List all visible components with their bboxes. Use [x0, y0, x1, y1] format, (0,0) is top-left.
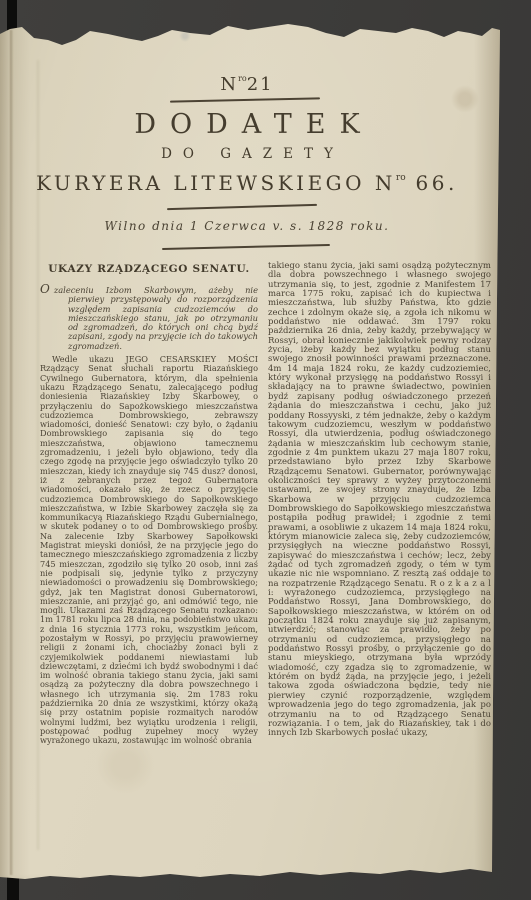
masthead-title: DODATEK [0, 109, 494, 140]
scan-stage: Nro21 DODATEK DO GAZETY KURYERA LITEWSKI… [0, 0, 531, 900]
article-summary: Ozaleceniu Izbom Skarbowym, ażeby nie pi… [40, 285, 258, 351]
column-left: UKAZY RZĄDZĄCEGO SENATU. Ozaleceniu Izbo… [40, 263, 258, 746]
dateline: Wilno dnia 1 Czerwca v. s. 1828 roku. [0, 219, 494, 233]
article-heading: UKAZY RZĄDZĄCEGO SENATU. [40, 263, 258, 275]
issue-number-line: Nro21 [0, 74, 494, 95]
masthead-rule-bottom [162, 244, 330, 250]
summary-initial: O [40, 282, 54, 296]
gazette-name: KURYERA LITEWSKIEGO [36, 171, 375, 195]
issue-n: N [220, 74, 238, 95]
issue-superscript: ro [238, 74, 247, 83]
article-body-right: takiego stanu życia, jaki sami osądzą po… [268, 262, 491, 739]
gazette-number: 66. [406, 171, 458, 195]
masthead-rule-top [170, 97, 320, 102]
newspaper-page: Nro21 DODATEK DO GAZETY KURYERA LITEWSKI… [0, 0, 500, 900]
article-body-left: Wedle ukazu JEGO CESARSKIEY MOŚCI Rządzą… [40, 355, 258, 745]
gazette-n: N [375, 171, 396, 195]
issue-number: 21 [247, 74, 274, 95]
masthead-subtitle: DO GAZETY [0, 146, 494, 162]
gazette-superscript: ro [396, 173, 406, 183]
masthead-gazette-line: KURYERA LITEWSKIEGO Nro 66. [0, 171, 494, 195]
masthead-rule-middle [167, 204, 317, 210]
summary-text: zaleceniu Izbom Skarbowym, ażeby nie pie… [54, 285, 258, 351]
column-right: takiego stanu życia, jaki sami osądzą po… [268, 262, 491, 739]
